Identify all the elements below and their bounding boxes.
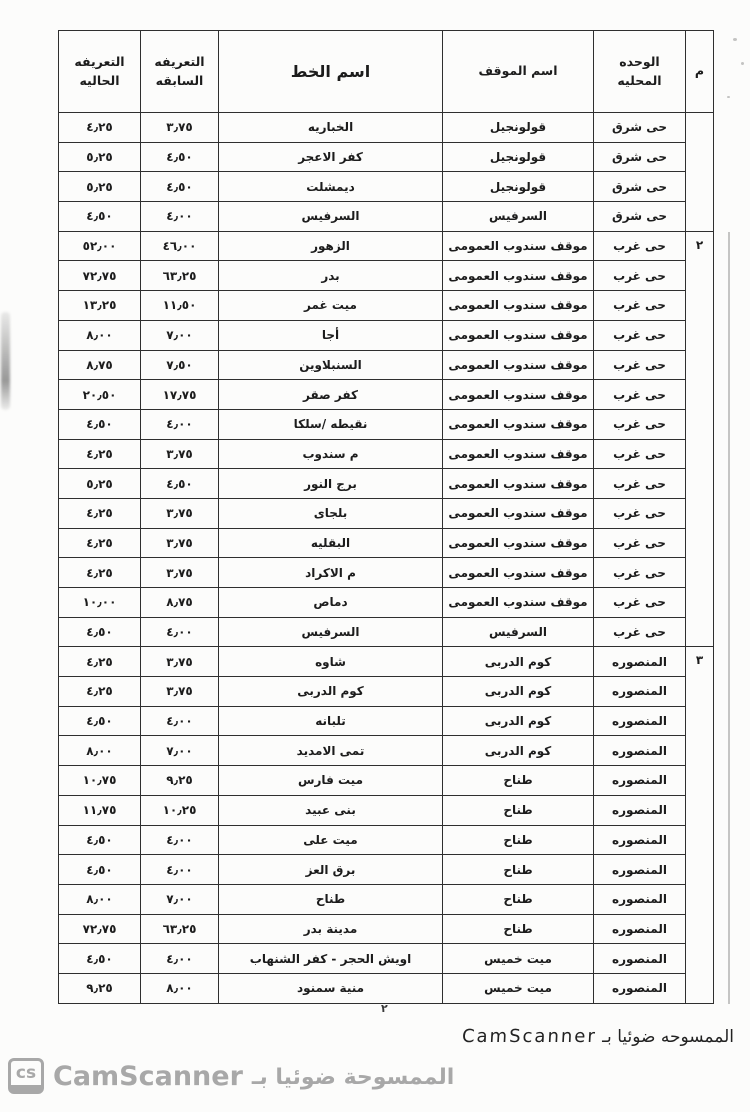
- unit-cell: حى شرق: [594, 142, 686, 172]
- prev-cell: ٣٫٧٥: [141, 558, 219, 588]
- stop-cell: موقف سندوب العمومى: [443, 231, 594, 261]
- table-row: حى غربموقف سندوب العمومىدماص٨٫٧٥١٠٫٠٠: [59, 588, 714, 618]
- table-row: حى غربموقف سندوب العمومىنقيطه /سلكا٤٫٠٠٤…: [59, 409, 714, 439]
- stop-cell: طناح: [443, 795, 594, 825]
- curr-cell: ٥٫٢٥: [59, 142, 141, 172]
- unit-cell: حى شرق: [594, 113, 686, 143]
- stop-cell: قولونجيل: [443, 172, 594, 202]
- stop-cell: كوم الدربى: [443, 736, 594, 766]
- line-cell: برق العز: [219, 855, 443, 885]
- table-row: المنصورهطناحمدينة بدر٦٣٫٢٥٧٢٫٧٥: [59, 914, 714, 944]
- prev-cell: ٤٦٫٠٠: [141, 231, 219, 261]
- curr-cell: ٤٫٢٥: [59, 439, 141, 469]
- prev-cell: ١٠٫٢٥: [141, 795, 219, 825]
- unit-cell: حى غرب: [594, 558, 686, 588]
- line-cell: منية سمنود: [219, 973, 443, 1003]
- line-cell: بدر: [219, 261, 443, 291]
- table-row: حى غربموقف سندوب العمومىالبقليه٣٫٧٥٤٫٢٥: [59, 528, 714, 558]
- table-row: المنصورهطناحبنى عبيد١٠٫٢٥١١٫٧٥: [59, 795, 714, 825]
- prev-cell: ١١٫٥٠: [141, 291, 219, 321]
- unit-cell: المنصوره: [594, 677, 686, 707]
- unit-cell: المنصوره: [594, 914, 686, 944]
- unit-cell: حى غرب: [594, 617, 686, 647]
- header-row: م الوحده المحليه اسم الموقف اسم الخط الت…: [59, 31, 714, 113]
- table-row: المنصورهكوم الدربىتمى الامديد٧٫٠٠٨٫٠٠: [59, 736, 714, 766]
- page-number: ٢: [381, 1002, 388, 1015]
- prev-cell: ٤٫٠٠: [141, 825, 219, 855]
- line-cell: كوم الدربى: [219, 677, 443, 707]
- stop-cell: ميت خميس: [443, 944, 594, 974]
- table-row: حى غربموقف سندوب العمومىكفر صقر١٧٫٧٥٢٠٫٥…: [59, 380, 714, 410]
- prev-cell: ٤٫٠٠: [141, 617, 219, 647]
- unit-cell: حى شرق: [594, 202, 686, 232]
- watermark-arabic-text: الممسوحة ضوئيا بـ: [252, 1063, 454, 1090]
- line-cell: اويش الحجر - كفر الشنهاب: [219, 944, 443, 974]
- curr-cell: ٤٫٥٠: [59, 617, 141, 647]
- unit-cell: حى غرب: [594, 231, 686, 261]
- curr-cell: ٨٫٠٠: [59, 884, 141, 914]
- scanned-document-page: م الوحده المحليه اسم الموقف اسم الخط الت…: [0, 0, 750, 1112]
- tariff-table-body: حى شرققولونجيلالخباريه٣٫٧٥٤٫٢٥حى شرققولو…: [59, 113, 714, 1004]
- prev-cell: ٧٫٥٠: [141, 350, 219, 380]
- serial-cell: ٣: [686, 647, 714, 1003]
- table-row: حى غربالسرفيسالسرفيس٤٫٠٠٤٫٥٠: [59, 617, 714, 647]
- prev-cell: ٧٫٠٠: [141, 736, 219, 766]
- stop-cell: موقف سندوب العمومى: [443, 498, 594, 528]
- table-row: المنصورهميت خميسمنية سمنود٨٫٠٠٩٫٢٥: [59, 973, 714, 1003]
- prev-cell: ٦٣٫٢٥: [141, 261, 219, 291]
- curr-cell: ١٣٫٢٥: [59, 291, 141, 321]
- prev-cell: ٣٫٧٥: [141, 498, 219, 528]
- line-cell: بلجاى: [219, 498, 443, 528]
- prev-cell: ٤٫٥٠: [141, 172, 219, 202]
- stop-cell: موقف سندوب العمومى: [443, 469, 594, 499]
- unit-cell: المنصوره: [594, 825, 686, 855]
- line-cell: الزهور: [219, 231, 443, 261]
- line-cell: السنبلاوين: [219, 350, 443, 380]
- prev-cell: ٦٣٫٢٥: [141, 914, 219, 944]
- scan-artifact-page-edge-line: [728, 232, 730, 1004]
- curr-cell: ٤٫٢٥: [59, 677, 141, 707]
- curr-cell: ٤٫٥٠: [59, 855, 141, 885]
- header-line-name: اسم الخط: [219, 31, 443, 113]
- line-cell: بنى عبيد: [219, 795, 443, 825]
- stop-cell: السرفيس: [443, 202, 594, 232]
- table-row: المنصورهطناحميت فارس٩٫٢٥١٠٫٧٥: [59, 766, 714, 796]
- scanned-with-note-arabic: الممسوحه ضوئيا بـ: [602, 1027, 734, 1047]
- tariff-table-header: م الوحده المحليه اسم الموقف اسم الخط الت…: [59, 31, 714, 113]
- serial-cell: [686, 113, 714, 232]
- prev-cell: ٤٫٥٠: [141, 142, 219, 172]
- unit-cell: حى غرب: [594, 498, 686, 528]
- table-row: حى غربموقف سندوب العمومىالسنبلاوين٧٫٥٠٨٫…: [59, 350, 714, 380]
- unit-cell: المنصوره: [594, 884, 686, 914]
- line-cell: كفر الاعجر: [219, 142, 443, 172]
- unit-cell: المنصوره: [594, 706, 686, 736]
- stop-cell: قولونجيل: [443, 142, 594, 172]
- unit-cell: حى غرب: [594, 291, 686, 321]
- prev-cell: ٤٫٠٠: [141, 855, 219, 885]
- prev-cell: ٧٫٠٠: [141, 320, 219, 350]
- table-row: المنصورهكوم الدربىتلبانه٤٫٠٠٤٫٥٠: [59, 706, 714, 736]
- curr-cell: ١٠٫٧٥: [59, 766, 141, 796]
- curr-cell: ٤٫٢٥: [59, 498, 141, 528]
- header-current-tariff: التعريفه الحاليه: [59, 31, 141, 113]
- line-cell: تمى الامديد: [219, 736, 443, 766]
- header-serial: م: [686, 31, 714, 113]
- stop-cell: موقف سندوب العمومى: [443, 528, 594, 558]
- stop-cell: موقف سندوب العمومى: [443, 558, 594, 588]
- curr-cell: ٥٫٢٥: [59, 172, 141, 202]
- prev-cell: ٤٫٥٠: [141, 469, 219, 499]
- scanned-with-note: الممسوحه ضوئيا بـ CamScanner: [462, 1026, 734, 1047]
- scan-artifact-speck: [733, 38, 737, 41]
- table-row: حى غربموقف سندوب العمومىأجا٧٫٠٠٨٫٠٠: [59, 320, 714, 350]
- curr-cell: ٤٫٥٠: [59, 944, 141, 974]
- curr-cell: ٤٫٥٠: [59, 409, 141, 439]
- unit-cell: حى غرب: [594, 528, 686, 558]
- table-row: المنصورهطناحميت على٤٫٠٠٤٫٥٠: [59, 825, 714, 855]
- stop-cell: كوم الدربى: [443, 647, 594, 677]
- line-cell: ميت على: [219, 825, 443, 855]
- table-row: حى شرقالسرفيسالسرفيس٤٫٠٠٤٫٥٠: [59, 202, 714, 232]
- table-row: المنصورهطناحطناح٧٫٠٠٨٫٠٠: [59, 884, 714, 914]
- prev-cell: ٧٫٠٠: [141, 884, 219, 914]
- line-cell: ميت فارس: [219, 766, 443, 796]
- table-row: حى غربموقف سندوب العمومىم الاكراد٣٫٧٥٤٫٢…: [59, 558, 714, 588]
- table-row: حى غربموقف سندوب العمومىبرج النور٤٫٥٠٥٫٢…: [59, 469, 714, 499]
- stop-cell: طناح: [443, 855, 594, 885]
- line-cell: السرفيس: [219, 617, 443, 647]
- scan-artifact-speck: [741, 62, 744, 65]
- curr-cell: ١١٫٧٥: [59, 795, 141, 825]
- watermark-brand-text: CamScanner: [53, 1061, 243, 1092]
- line-cell: السرفيس: [219, 202, 443, 232]
- stop-cell: كوم الدربى: [443, 677, 594, 707]
- table-row: المنصورهكوم الدربىكوم الدربى٣٫٧٥٤٫٢٥: [59, 677, 714, 707]
- curr-cell: ٤٫٥٠: [59, 202, 141, 232]
- table-row: حى غربموقف سندوب العمومىميت غمر١١٫٥٠١٣٫٢…: [59, 291, 714, 321]
- prev-cell: ٤٫٠٠: [141, 409, 219, 439]
- stop-cell: موقف سندوب العمومى: [443, 588, 594, 618]
- table-row: حى غربموقف سندوب العمومىبلجاى٣٫٧٥٤٫٢٥: [59, 498, 714, 528]
- header-stop-name: اسم الموقف: [443, 31, 594, 113]
- stop-cell: قولونجيل: [443, 113, 594, 143]
- prev-cell: ٨٫٧٥: [141, 588, 219, 618]
- line-cell: م سندوب: [219, 439, 443, 469]
- line-cell: طناح: [219, 884, 443, 914]
- stop-cell: طناح: [443, 766, 594, 796]
- table-row: حى شرققولونجيلالخباريه٣٫٧٥٤٫٢٥: [59, 113, 714, 143]
- unit-cell: حى غرب: [594, 469, 686, 499]
- curr-cell: ١٠٫٠٠: [59, 588, 141, 618]
- line-cell: ميت غمر: [219, 291, 443, 321]
- line-cell: نقيطه /سلكا: [219, 409, 443, 439]
- unit-cell: حى غرب: [594, 380, 686, 410]
- curr-cell: ٤٫٢٥: [59, 647, 141, 677]
- table-row: حى شرققولونجيلديمشلت٤٫٥٠٥٫٢٥: [59, 172, 714, 202]
- curr-cell: ٥٢٫٠٠: [59, 231, 141, 261]
- scanned-with-note-brand: CamScanner: [461, 1026, 597, 1047]
- curr-cell: ٧٢٫٧٥: [59, 261, 141, 291]
- table-row: المنصورهميت خميساويش الحجر - كفر الشنهاب…: [59, 944, 714, 974]
- camscanner-logo-icon: cs: [8, 1058, 44, 1094]
- line-cell: مدينة بدر: [219, 914, 443, 944]
- curr-cell: ٨٫٧٥: [59, 350, 141, 380]
- line-cell: كفر صقر: [219, 380, 443, 410]
- unit-cell: المنصوره: [594, 973, 686, 1003]
- curr-cell: ٤٫٢٥: [59, 528, 141, 558]
- stop-cell: موقف سندوب العمومى: [443, 261, 594, 291]
- unit-cell: المنصوره: [594, 647, 686, 677]
- curr-cell: ٤٫٥٠: [59, 706, 141, 736]
- prev-cell: ٣٫٧٥: [141, 528, 219, 558]
- scan-artifact-speck: [727, 96, 730, 98]
- table-row: ٣المنصورهكوم الدربىشاوه٣٫٧٥٤٫٢٥: [59, 647, 714, 677]
- line-cell: الخباريه: [219, 113, 443, 143]
- unit-cell: حى غرب: [594, 350, 686, 380]
- stop-cell: موقف سندوب العمومى: [443, 320, 594, 350]
- scan-artifact-left-smudge: [1, 312, 10, 410]
- table-row: المنصورهطناحبرق العز٤٫٠٠٤٫٥٠: [59, 855, 714, 885]
- unit-cell: المنصوره: [594, 795, 686, 825]
- curr-cell: ٤٫٢٥: [59, 113, 141, 143]
- stop-cell: كوم الدربى: [443, 706, 594, 736]
- unit-cell: حى غرب: [594, 439, 686, 469]
- curr-cell: ٨٫٠٠: [59, 320, 141, 350]
- line-cell: دماص: [219, 588, 443, 618]
- camscanner-watermark: cs CamScanner الممسوحة ضوئيا بـ: [8, 1058, 454, 1094]
- line-cell: ديمشلت: [219, 172, 443, 202]
- unit-cell: حى شرق: [594, 172, 686, 202]
- stop-cell: موقف سندوب العمومى: [443, 439, 594, 469]
- prev-cell: ٨٫٠٠: [141, 973, 219, 1003]
- stop-cell: ميت خميس: [443, 973, 594, 1003]
- unit-cell: المنصوره: [594, 766, 686, 796]
- stop-cell: طناح: [443, 914, 594, 944]
- prev-cell: ٣٫٧٥: [141, 439, 219, 469]
- unit-cell: المنصوره: [594, 855, 686, 885]
- header-previous-tariff: التعريفه السابقه: [141, 31, 219, 113]
- curr-cell: ٤٫٢٥: [59, 558, 141, 588]
- line-cell: البقليه: [219, 528, 443, 558]
- curr-cell: ٩٫٢٥: [59, 973, 141, 1003]
- curr-cell: ٢٠٫٥٠: [59, 380, 141, 410]
- unit-cell: المنصوره: [594, 736, 686, 766]
- table-row: حى غربموقف سندوب العمومىبدر٦٣٫٢٥٧٢٫٧٥: [59, 261, 714, 291]
- prev-cell: ٩٫٢٥: [141, 766, 219, 796]
- stop-cell: طناح: [443, 825, 594, 855]
- stop-cell: موقف سندوب العمومى: [443, 380, 594, 410]
- line-cell: برج النور: [219, 469, 443, 499]
- prev-cell: ١٧٫٧٥: [141, 380, 219, 410]
- stop-cell: طناح: [443, 884, 594, 914]
- tariff-table: م الوحده المحليه اسم الموقف اسم الخط الت…: [58, 30, 714, 1004]
- header-local-unit: الوحده المحليه: [594, 31, 686, 113]
- line-cell: م الاكراد: [219, 558, 443, 588]
- stop-cell: موقف سندوب العمومى: [443, 350, 594, 380]
- table-row: حى شرققولونجيلكفر الاعجر٤٫٥٠٥٫٢٥: [59, 142, 714, 172]
- prev-cell: ٣٫٧٥: [141, 647, 219, 677]
- table-row: ٢حى غربموقف سندوب العمومىالزهور٤٦٫٠٠٥٢٫٠…: [59, 231, 714, 261]
- unit-cell: حى غرب: [594, 320, 686, 350]
- stop-cell: موقف سندوب العمومى: [443, 409, 594, 439]
- unit-cell: حى غرب: [594, 588, 686, 618]
- stop-cell: السرفيس: [443, 617, 594, 647]
- unit-cell: حى غرب: [594, 261, 686, 291]
- curr-cell: ٨٫٠٠: [59, 736, 141, 766]
- curr-cell: ٧٢٫٧٥: [59, 914, 141, 944]
- table-row: حى غربموقف سندوب العمومىم سندوب٣٫٧٥٤٫٢٥: [59, 439, 714, 469]
- curr-cell: ٤٫٥٠: [59, 825, 141, 855]
- serial-cell: ٢: [686, 231, 714, 647]
- line-cell: أجا: [219, 320, 443, 350]
- line-cell: تلبانه: [219, 706, 443, 736]
- stop-cell: موقف سندوب العمومى: [443, 291, 594, 321]
- prev-cell: ٣٫٧٥: [141, 113, 219, 143]
- line-cell: شاوه: [219, 647, 443, 677]
- prev-cell: ٤٫٠٠: [141, 202, 219, 232]
- curr-cell: ٥٫٢٥: [59, 469, 141, 499]
- prev-cell: ٤٫٠٠: [141, 706, 219, 736]
- prev-cell: ٤٫٠٠: [141, 944, 219, 974]
- prev-cell: ٣٫٧٥: [141, 677, 219, 707]
- unit-cell: المنصوره: [594, 944, 686, 974]
- unit-cell: حى غرب: [594, 409, 686, 439]
